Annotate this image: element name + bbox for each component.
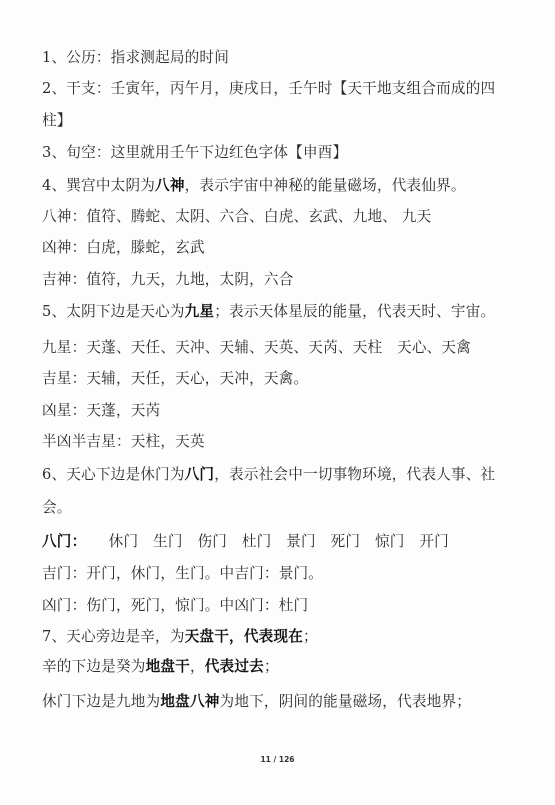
text-line-jixing: 吉星：天辅，天任，天心，天冲，天禽。 [42, 369, 308, 389]
bold-term: 地盘八神 [160, 693, 219, 710]
bold-term: 八门： [42, 533, 79, 550]
text: 半凶半吉星：天柱，天英 [42, 433, 205, 450]
text-line-bamen-intro: 6、天心下边是休门为八门，表示社会中一切事物环境，代表人事、社 [42, 465, 495, 485]
text: 6、天心下边是休门为 [42, 466, 185, 483]
text: 吉星：天辅，天任，天心，天冲，天禽。 [42, 370, 308, 387]
text: 八神：值符、腾蛇、太阴、六合、白虎、玄武、九地、 九天 [42, 208, 431, 225]
text: 1、公历：指求测起局的时间 [42, 49, 229, 66]
text-line-xiongmen: 凶门：伤门，死门，惊门。中凶门：杜门 [42, 596, 308, 616]
text: 3、旬空：这里就用壬午下边红色字体【申酉】 [42, 144, 347, 161]
text-line-xunkong: 3、旬空：这里就用壬午下边红色字体【申酉】 [42, 143, 347, 163]
text: 柱】 [42, 112, 72, 129]
text: 凶神：白虎，滕蛇，玄武 [42, 239, 205, 256]
text: 辛的下边是癸为 [42, 658, 146, 675]
bold-term: 代表过去 [205, 658, 264, 675]
text: 凶星：天蓬，天芮 [42, 402, 160, 419]
text-line-gongli: 1、公历：指求测起局的时间 [42, 48, 229, 68]
text-line-jishen: 吉神：值符，九天，九地，太阴，六合 [42, 270, 294, 290]
text-line-bamen-intro-cont: 会。 [42, 498, 72, 518]
page-indicator: 11 / 126 [0, 755, 555, 764]
text-line-dipangan: 辛的下边是癸为地盘干，代表过去； [42, 657, 279, 677]
text: 7、天心旁边是辛，为 [42, 628, 185, 645]
text-line-bamen-list: 八门： 休门 生门 伤门 杜门 景门 死门 惊门 开门 [42, 532, 449, 552]
text: 吉门：开门，休门，生门。中吉门：景门。 [42, 565, 323, 582]
text-line-bashen-list: 八神：值符、腾蛇、太阴、六合、白虎、玄武、九地、 九天 [42, 207, 431, 227]
text: 休门下边是九地为 [42, 693, 160, 710]
text-line-ganzhi-cont: 柱】 [42, 111, 72, 131]
bold-term: 八神 [155, 177, 185, 194]
text: 休门 生门 伤门 杜门 景门 死门 惊门 开门 [79, 533, 449, 550]
bold-term: 地盘干 [146, 658, 190, 675]
text: 吉神：值符，九天，九地，太阴，六合 [42, 271, 294, 288]
text: 九星：天蓬、天任、天冲、天辅、天英、天芮、天柱 天心、天禽 [42, 339, 471, 356]
text-line-jimen: 吉门：开门，休门，生门。中吉门：景门。 [42, 564, 323, 584]
text-line-banxiong: 半凶半吉星：天柱，天英 [42, 432, 205, 452]
text-line-xiongxing: 凶星：天蓬，天芮 [42, 401, 160, 421]
text: ， [190, 658, 205, 675]
text: 5、太阴下边是天心为 [42, 303, 185, 320]
text: ，表示宇宙中神秘的能量磁场，代表仙界。 [185, 177, 466, 194]
text: 会。 [42, 499, 72, 516]
text-line-bashen-intro: 4、巽宫中太阴为八神，表示宇宙中神秘的能量磁场，代表仙界。 [42, 176, 466, 196]
bold-term: 九星 [185, 303, 215, 320]
text-line-dipan-bashen: 休门下边是九地为地盘八神为地下，阴间的能量磁场，代表地界； [42, 692, 471, 712]
bold-term: 天盘干，代表现在 [185, 628, 303, 645]
text-line-ganzhi: 2、干支：壬寅年，丙午月，庚戌日，壬午时【天干地支组合而成的四 [42, 79, 495, 99]
text: 为地下，阴间的能量磁场，代表地界； [220, 693, 472, 710]
text: 凶门：伤门，死门，惊门。中凶门：杜门 [42, 597, 308, 614]
text: ； [303, 628, 318, 645]
text-line-jiuxing-list: 九星：天蓬、天任、天冲、天辅、天英、天芮、天柱 天心、天禽 [42, 338, 471, 358]
text-line-tianpangan: 7、天心旁边是辛，为天盘干，代表现在； [42, 627, 318, 647]
text-line-xiongshen: 凶神：白虎，滕蛇，玄武 [42, 238, 205, 258]
bold-term: 八门 [185, 466, 215, 483]
text: 2、干支：壬寅年，丙午月，庚戌日，壬午时【天干地支组合而成的四 [42, 80, 495, 97]
text: ； [264, 658, 279, 675]
document-page: 1、公历：指求测起局的时间 2、干支：壬寅年，丙午月，庚戌日，壬午时【天干地支组… [0, 0, 555, 805]
text: ；表示天体星辰的能量，代表天时、宇宙。 [214, 303, 495, 320]
text: ，表示社会中一切事物环境，代表人事、社 [214, 466, 495, 483]
text-line-jiuxing-intro: 5、太阴下边是天心为九星；表示天体星辰的能量，代表天时、宇宙。 [42, 302, 495, 322]
text: 4、巽宫中太阴为 [42, 177, 155, 194]
